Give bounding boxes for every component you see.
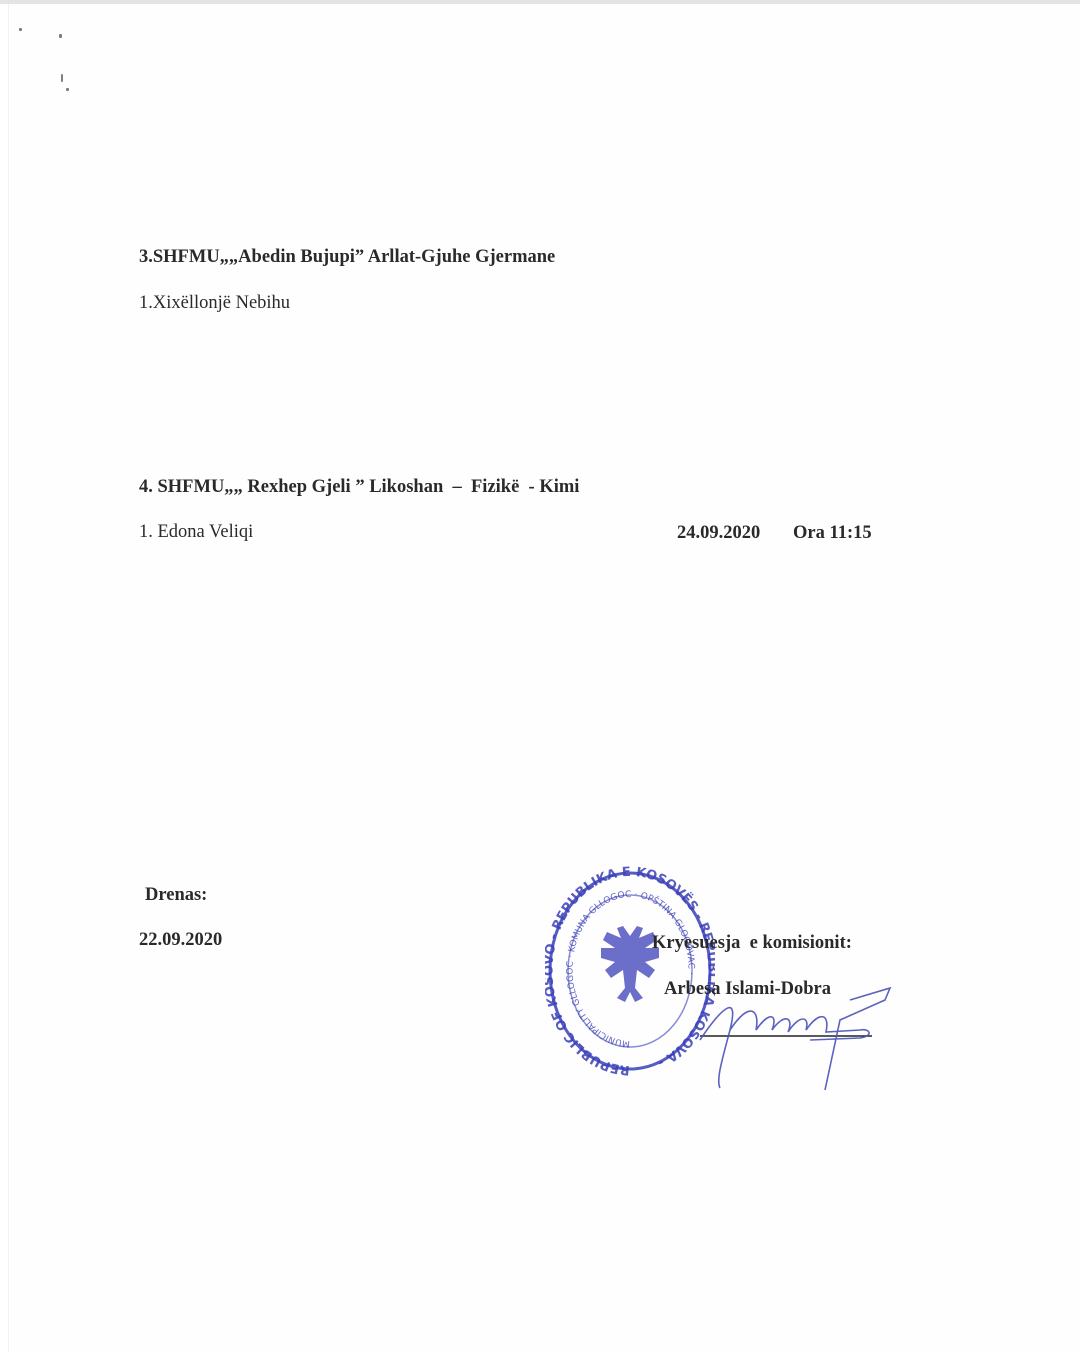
scan-artifact — [66, 88, 69, 91]
scan-artifact — [61, 74, 63, 82]
footer-date: 22.09.2020 — [139, 929, 222, 951]
footer-place: Drenas: — [145, 884, 207, 906]
section-3-candidate-1: 1.Xixëllonjë Nebihu — [139, 292, 290, 314]
section-4-date: 24.09.2020 — [677, 522, 760, 544]
section-4-heading: 4. SHFMU„„ Rexhep Gjeli ” Likoshan – Fiz… — [139, 476, 579, 498]
section-4-time: Ora 11:15 — [793, 522, 872, 544]
section-3-heading: 3.SHFMU„„Abedin Bujupi” Arllat-Gjuhe Gje… — [139, 246, 555, 268]
signature-icon — [660, 970, 900, 1100]
scan-artifact — [19, 28, 22, 31]
commission-chair-label: Kryesuesja e komisionit: — [652, 932, 852, 954]
scan-artifact — [59, 34, 62, 38]
scanned-document-page — [8, 4, 1080, 1352]
section-4-candidate-1: 1. Edona Veliqi — [139, 521, 253, 543]
